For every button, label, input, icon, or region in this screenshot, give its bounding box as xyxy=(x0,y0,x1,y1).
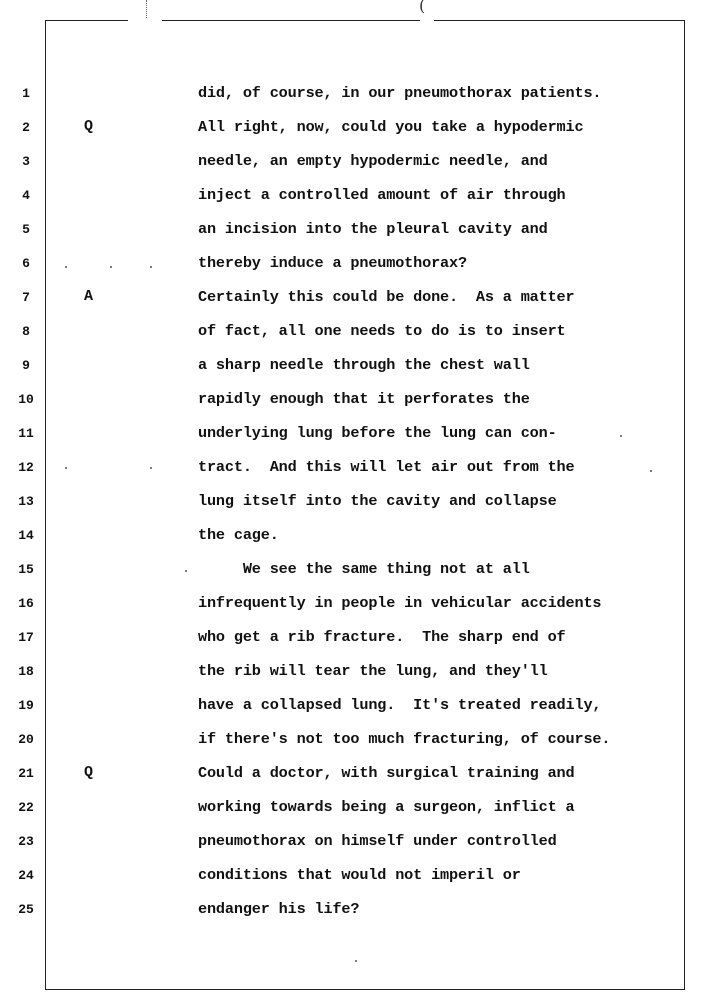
transcript-line-text: did, of course, in our pneumothorax pati… xyxy=(198,84,601,102)
transcript-line-text: of fact, all one needs to do is to inser… xyxy=(198,322,566,340)
scan-speck xyxy=(65,467,67,469)
transcript-line-text: lung itself into the cavity and collapse xyxy=(198,492,557,510)
transcript-line-text: Certainly this could be done. As a matte… xyxy=(198,288,575,306)
scan-speck xyxy=(150,266,152,268)
line-number: 6 xyxy=(12,256,40,271)
speaker-label: Q xyxy=(84,764,93,781)
scan-speck xyxy=(150,467,152,469)
line-number: 11 xyxy=(12,426,40,441)
line-number: 3 xyxy=(12,154,40,169)
line-number: 4 xyxy=(12,188,40,203)
line-number: 13 xyxy=(12,494,40,509)
scan-speck xyxy=(355,960,357,962)
scan-speck xyxy=(650,470,652,472)
scan-speck xyxy=(185,570,187,572)
transcript-line-text: tract. And this will let air out from th… xyxy=(198,458,575,476)
transcript-line-text: underlying lung before the lung can con- xyxy=(198,424,557,442)
transcript-line-text: conditions that would not imperil or xyxy=(198,866,521,884)
line-number: 9 xyxy=(12,358,40,373)
line-number: 25 xyxy=(12,902,40,917)
transcript-line-text: Could a doctor, with surgical training a… xyxy=(198,764,575,782)
speaker-label: A xyxy=(84,288,93,305)
speaker-label: Q xyxy=(84,118,93,135)
line-number: 12 xyxy=(12,460,40,475)
line-number: 8 xyxy=(12,324,40,339)
transcript-line-text: the rib will tear the lung, and they'll xyxy=(198,662,548,680)
line-number: 14 xyxy=(12,528,40,543)
line-number: 15 xyxy=(12,562,40,577)
line-number: 20 xyxy=(12,732,40,747)
transcript-line-text: All right, now, could you take a hypoder… xyxy=(198,118,583,136)
border-gap xyxy=(128,16,162,24)
transcript-line-text: who get a rib fracture. The sharp end of xyxy=(198,628,566,646)
line-number: 16 xyxy=(12,596,40,611)
line-number: 21 xyxy=(12,766,40,781)
transcript-line-text: pneumothorax on himself under controlled xyxy=(198,832,557,850)
transcript-line-text: infrequently in people in vehicular acci… xyxy=(198,594,601,612)
transcript-line-text: an incision into the pleural cavity and xyxy=(198,220,548,238)
border-gap xyxy=(420,16,434,24)
transcript-line-text: We see the same thing not at all xyxy=(198,560,530,578)
scan-mark xyxy=(146,0,148,18)
line-number: 10 xyxy=(12,392,40,407)
scan-mark: ( xyxy=(419,0,425,15)
transcript-line-text: needle, an empty hypodermic needle, and xyxy=(198,152,548,170)
line-number: 5 xyxy=(12,222,40,237)
transcript-line-text: working towards being a surgeon, inflict… xyxy=(198,798,575,816)
line-number: 24 xyxy=(12,868,40,883)
line-number: 1 xyxy=(12,86,40,101)
transcript-line-text: endanger his life? xyxy=(198,900,359,918)
scan-speck xyxy=(620,435,622,437)
transcript-line-text: rapidly enough that it perforates the xyxy=(198,390,530,408)
transcript-line-text: if there's not too much fracturing, of c… xyxy=(198,730,610,748)
line-number: 7 xyxy=(12,290,40,305)
scan-speck xyxy=(110,266,112,268)
line-number: 17 xyxy=(12,630,40,645)
scan-speck xyxy=(65,266,67,268)
transcript-line-text: a sharp needle through the chest wall xyxy=(198,356,530,374)
transcript-line-text: inject a controlled amount of air throug… xyxy=(198,186,566,204)
line-number: 19 xyxy=(12,698,40,713)
line-number: 2 xyxy=(12,120,40,135)
line-number: 23 xyxy=(12,834,40,849)
line-number: 22 xyxy=(12,800,40,815)
line-number: 18 xyxy=(12,664,40,679)
transcript-line-text: the cage. xyxy=(198,526,279,544)
transcript-line-text: thereby induce a pneumothorax? xyxy=(198,254,467,272)
transcript-line-text: have a collapsed lung. It's treated read… xyxy=(198,696,601,714)
